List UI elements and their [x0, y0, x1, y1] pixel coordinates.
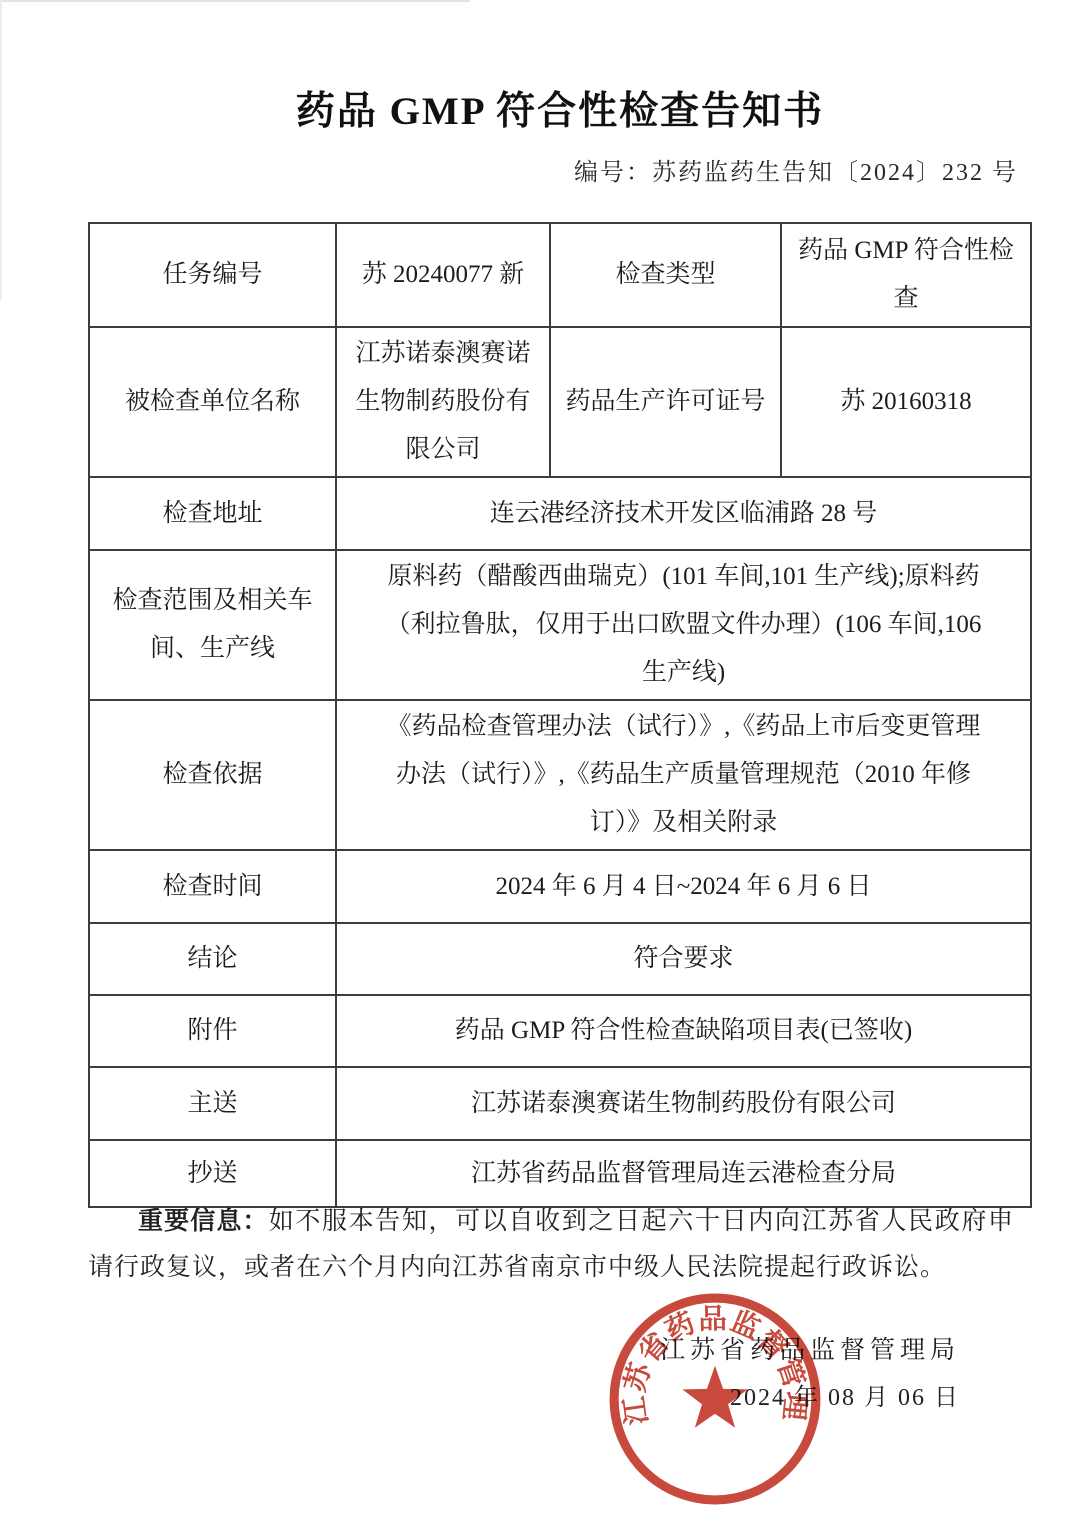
table-row: 被检查单位名称 江苏诺泰澳赛诺 生物制药股份有 限公司 药品生产许可证号 苏 2… [89, 327, 1031, 477]
inspection-scope-value: 原料药（醋酸西曲瑞克）(101 车间,101 生产线);原料药 （利拉鲁肽，仅用… [336, 550, 1031, 700]
table-row: 任务编号 苏 20240077 新 检查类型 药品 GMP 符合性检 查 [89, 223, 1031, 327]
cc-recipient-value: 江苏省药品监督管理局连云港检查分局 [336, 1140, 1031, 1207]
stamp-star-icon [682, 1366, 747, 1428]
table-row: 主送 江苏诺泰澳赛诺生物制药股份有限公司 [89, 1067, 1031, 1140]
inspected-unit-value: 江苏诺泰澳赛诺 生物制药股份有 限公司 [336, 327, 550, 477]
attachment-label: 附件 [89, 995, 336, 1067]
inspection-time-value: 2024 年 6 月 4 日~2024 年 6 月 6 日 [336, 850, 1031, 923]
document-number: 编号：苏药监药生告知〔2024〕232 号 [88, 152, 1018, 187]
table-row: 附件 药品 GMP 符合性检查缺陷项目表(已签收) [89, 995, 1031, 1067]
table-row: 检查依据 《药品检查管理办法（试行）》,《药品上市后变更管理 办法（试行）》,《… [89, 700, 1031, 850]
table-row: 结论 符合要求 [89, 923, 1031, 995]
table-row: 检查时间 2024 年 6 月 4 日~2024 年 6 月 6 日 [89, 850, 1031, 923]
inspection-scope-label: 检查范围及相关车 间、生产线 [89, 550, 336, 700]
scan-artifact [0, 0, 2, 300]
inspection-type-value: 药品 GMP 符合性检 查 [781, 223, 1031, 327]
cc-recipient-label: 抄送 [89, 1140, 336, 1207]
attachment-value: 药品 GMP 符合性检查缺陷项目表(已签收) [336, 995, 1031, 1067]
inspection-address-value: 连云港经济技术开发区临浦路 28 号 [336, 477, 1031, 550]
main-recipient-label: 主送 [89, 1067, 336, 1140]
table-row: 检查范围及相关车 间、生产线 原料药（醋酸西曲瑞克）(101 车间,101 生产… [89, 550, 1031, 700]
license-number-value: 苏 20160318 [781, 327, 1031, 477]
table-row: 检查地址 连云港经济技术开发区临浦路 28 号 [89, 477, 1031, 550]
conclusion-value: 符合要求 [336, 923, 1031, 995]
inspection-basis-value: 《药品检查管理办法（试行）》,《药品上市后变更管理 办法（试行）》,《药品生产质… [336, 700, 1031, 850]
main-recipient-value: 江苏诺泰澳赛诺生物制药股份有限公司 [336, 1067, 1031, 1140]
inspection-info-table: 任务编号 苏 20240077 新 检查类型 药品 GMP 符合性检 查 被检查… [88, 222, 1032, 1208]
license-number-label: 药品生产许可证号 [550, 327, 781, 477]
inspection-type-label: 检查类型 [550, 223, 781, 327]
inspection-time-label: 检查时间 [89, 850, 336, 923]
notification-document-page: 药品 GMP 符合性检查告知书 编号：苏药监药生告知〔2024〕232 号 任务… [0, 0, 1080, 1533]
inspected-unit-label: 被检查单位名称 [89, 327, 336, 477]
important-notice-label: 重要信息： [138, 1207, 269, 1235]
official-seal-stamp: 江苏省药品监督管理局 [603, 1287, 827, 1511]
inspection-basis-label: 检查依据 [89, 700, 336, 850]
scan-artifact [0, 0, 470, 2]
conclusion-label: 结论 [89, 923, 336, 995]
task-number-label: 任务编号 [89, 223, 336, 327]
inspection-address-label: 检查地址 [89, 477, 336, 550]
page-title: 药品 GMP 符合性检查告知书 [88, 80, 1032, 136]
task-number-value: 苏 20240077 新 [336, 223, 550, 327]
table-row: 抄送 江苏省药品监督管理局连云港检查分局 [89, 1140, 1031, 1207]
important-notice-paragraph: 重要信息：如不服本告知，可以自收到之日起六十日内向江苏省人民政府申请行政复议，或… [88, 1198, 1014, 1291]
